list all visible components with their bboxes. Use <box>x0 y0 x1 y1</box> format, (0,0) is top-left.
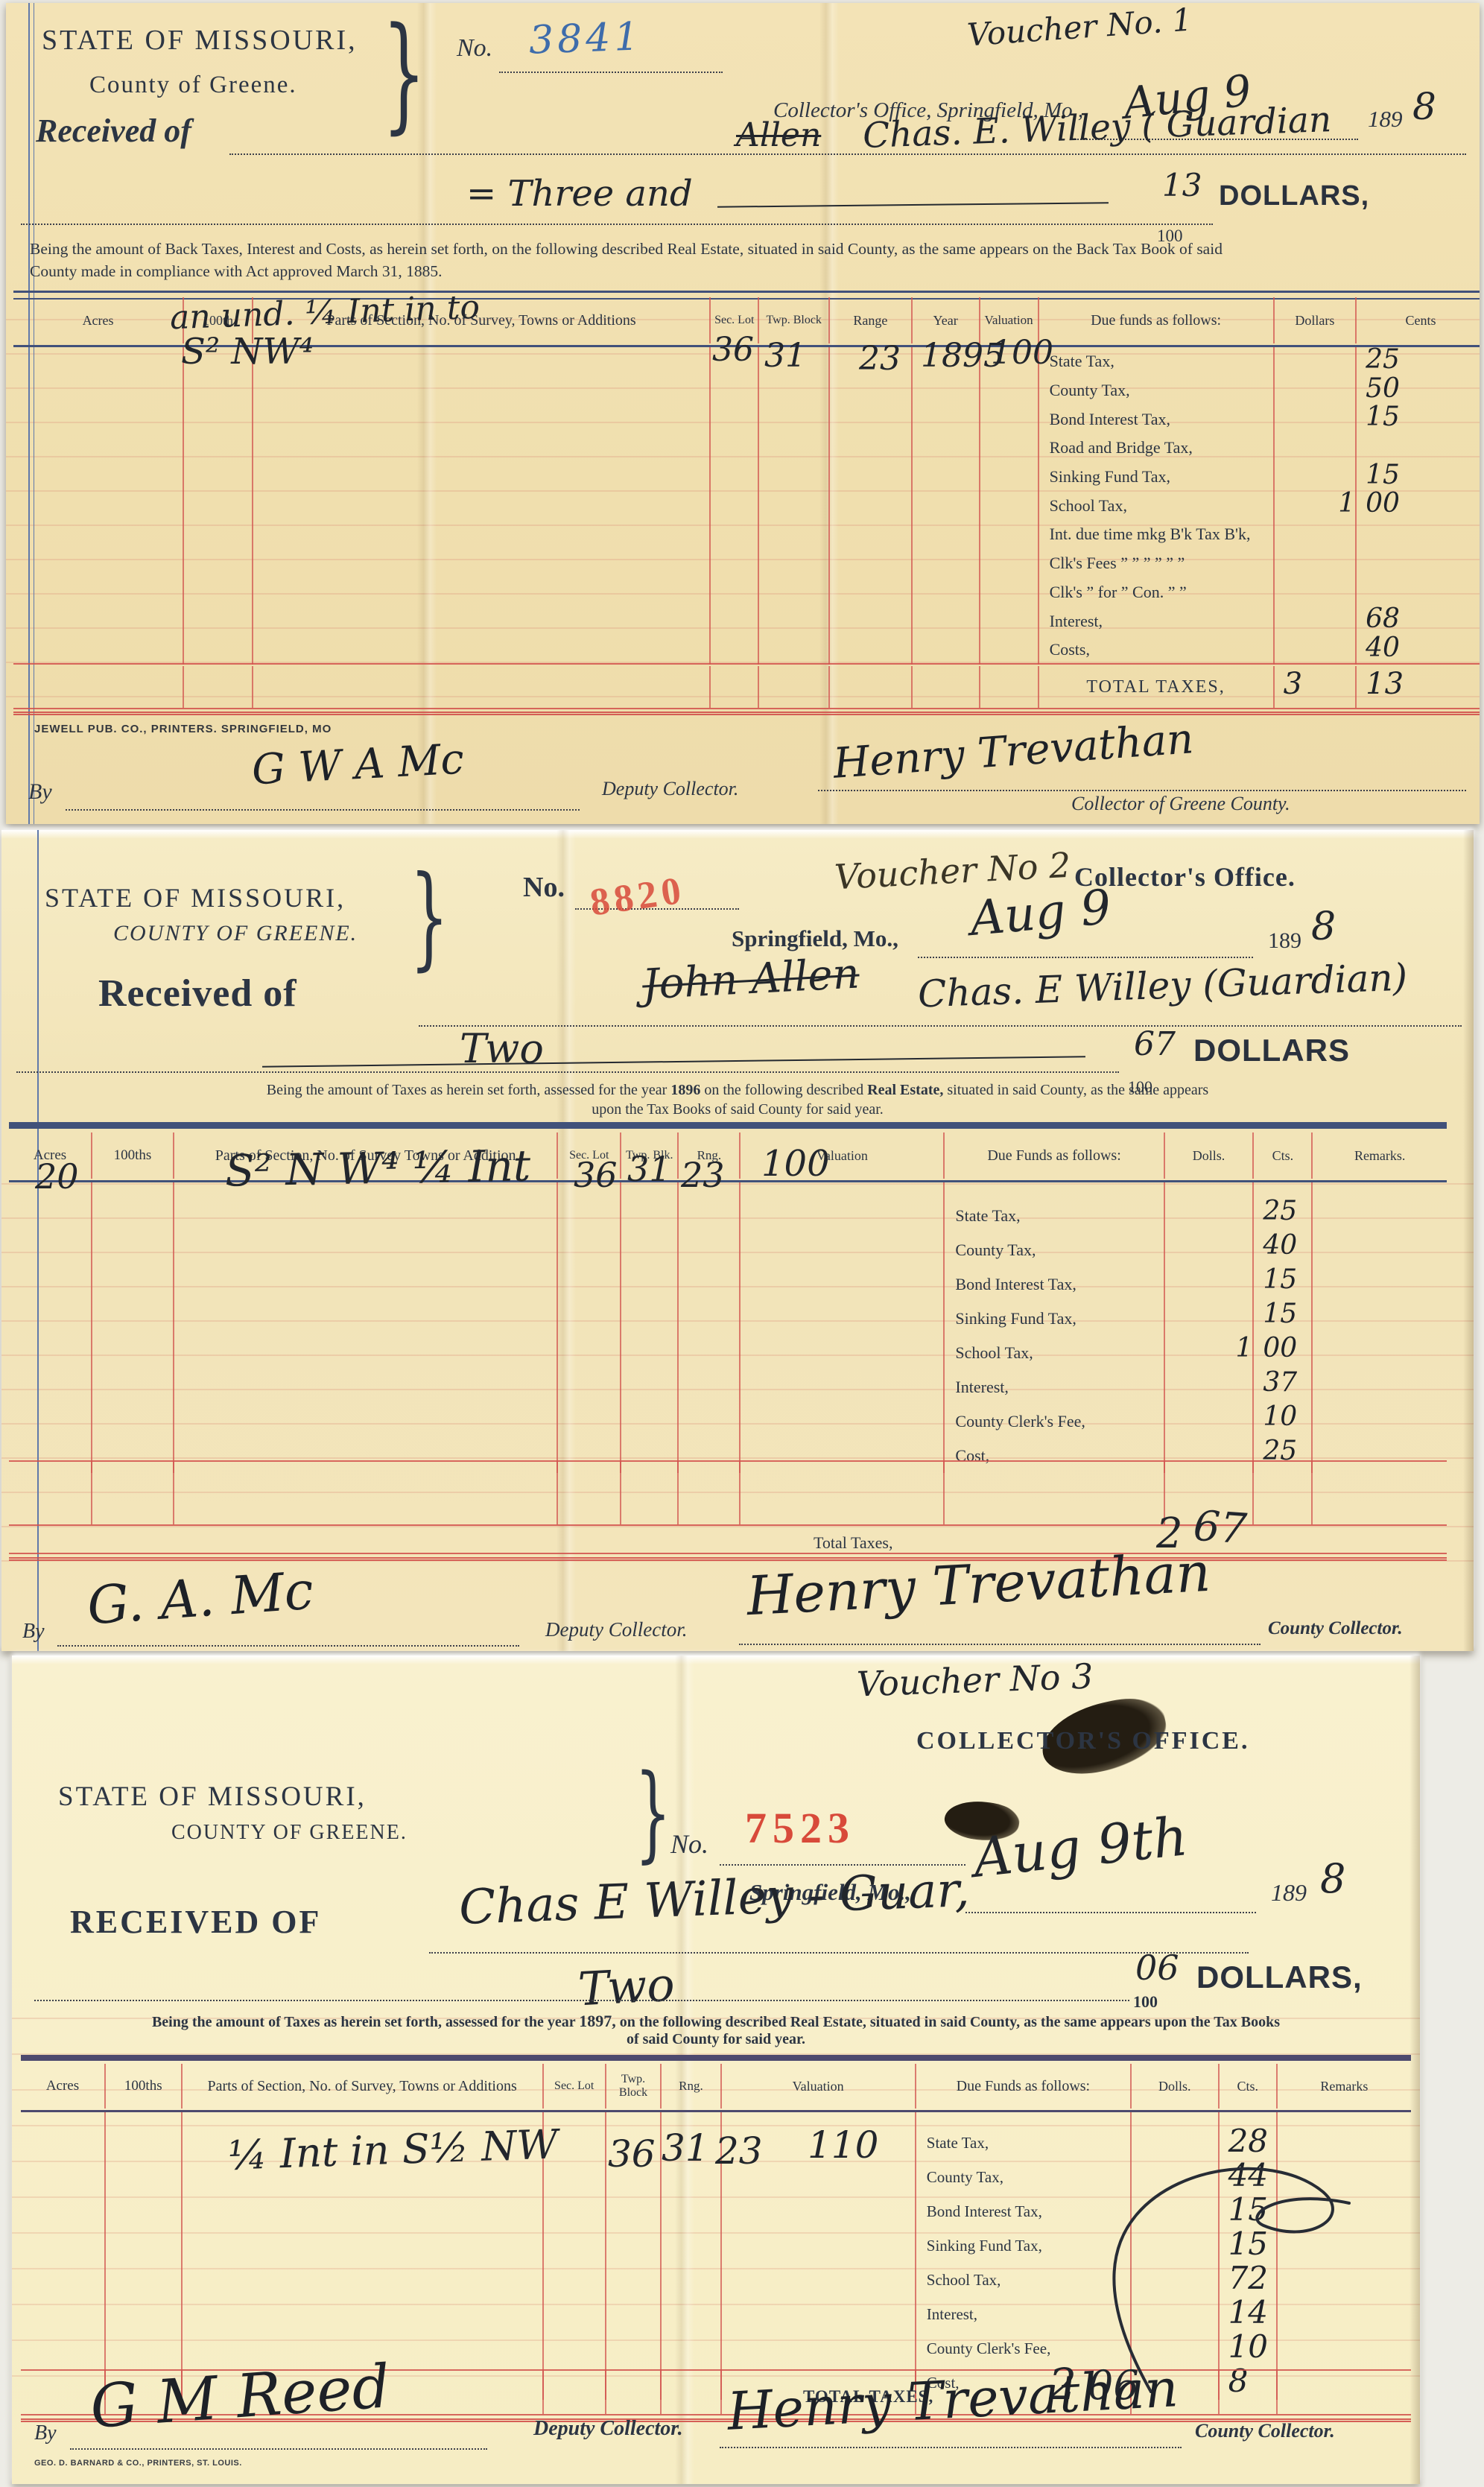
col-rng: Rng. <box>660 2064 720 2109</box>
parts-handwritten: S² N W⁴ ¼ Int <box>224 1140 530 1196</box>
county-heading: County of Greene. <box>89 72 297 99</box>
county-heading: COUNTY OF GREENE. <box>171 1821 408 1845</box>
amount-words-handwritten: Two <box>460 1025 544 1072</box>
description-line-1: Being the amount of Back Taxes, Interest… <box>30 240 1468 259</box>
col-cents: Cents <box>1355 297 1480 343</box>
no-dotted-line <box>499 72 723 73</box>
tax-receipt-voucher-1: STATE OF MISSOURI, County of Greene. } N… <box>6 3 1480 824</box>
dollars-label: DOLLARS <box>1193 1033 1350 1068</box>
state-heading: STATE OF MISSOURI, <box>45 882 346 913</box>
year-handwritten: 8 <box>1320 1855 1345 1902</box>
dollars-values: 1 <box>1164 1182 1253 1473</box>
table-body: State Tax, County Tax, Bond Interest Tax… <box>9 1182 1447 1460</box>
col-dolls: Dolls. <box>1130 2064 1218 2109</box>
col-acres: Acres <box>13 297 183 343</box>
col-parts: Parts of Section, No. of Survey, Towns o… <box>181 2064 542 2109</box>
col-cts: Cts. <box>1218 2064 1276 2109</box>
received-of-label: RECEIVED OF <box>70 1903 321 1941</box>
collector-signature: Henry Trevathan <box>831 715 1195 788</box>
range-handwritten: 23 <box>859 340 901 378</box>
valuation-handwritten: 100 <box>761 1143 830 1185</box>
description-line-2: of said County for said year. <box>12 2031 1420 2048</box>
cents-values: 25 40 15 15 00 37 10 25 <box>1252 1182 1311 1473</box>
paper-fold-highlight <box>12 1656 1420 1664</box>
total-dollars: 3 <box>1275 667 1302 701</box>
state-heading: STATE OF MISSOURI, <box>58 1781 367 1813</box>
state-heading: STATE OF MISSOURI, <box>42 24 358 57</box>
payer-name-struck: Allen <box>736 116 821 154</box>
col-remarks: Remarks <box>1276 2064 1411 2109</box>
parts-handwritten-2: S² NW⁴ <box>181 331 314 373</box>
payer-name-handwritten: Chas. E Willey (Guardian) <box>917 956 1408 1016</box>
deputy-signature: G W A Mc <box>250 735 465 795</box>
table-top-rule <box>9 1122 1447 1129</box>
dollars-values: 1 <box>1273 347 1356 665</box>
paper-edge-shadow <box>1410 1656 1420 2484</box>
date-handwritten: Aug 9 <box>968 880 1113 947</box>
col-cts: Cts. <box>1252 1132 1311 1179</box>
received-of-label: Received of <box>36 112 191 150</box>
valuation-handwritten: 100 <box>991 334 1053 372</box>
year-printed: 189 <box>1368 106 1403 133</box>
amount-dotted-line <box>21 224 1213 225</box>
dollars-label: DOLLARS, <box>1196 1959 1363 1995</box>
printer-credit: GEO. D. BARNARD & CO., PRINTERS, ST. LOU… <box>34 2459 242 2468</box>
deputy-collector-label: Deputy Collector. <box>545 1618 687 1641</box>
no-label: No. <box>523 871 565 904</box>
sec-handwritten: 36 <box>574 1155 618 1195</box>
payer-name-struck: John Allen <box>641 949 860 1009</box>
total-cents: 13 <box>1357 667 1404 701</box>
scanned-document: { "receipts": [ { "header": { "state": "… <box>0 0 1484 2487</box>
tax-receipt-voucher-2: Voucher No 2 Collector's Office. STATE O… <box>1 830 1474 1651</box>
amount-cents-handwritten: 13 <box>1162 167 1202 203</box>
amount-cents-handwritten: 67 <box>1134 1025 1176 1063</box>
acres-handwritten: 20 <box>35 1156 79 1197</box>
col-valuation: Valuation <box>720 2064 915 2109</box>
tax-receipt-voucher-3: Voucher No 3 COLLECTOR'S OFFICE. STATE O… <box>12 1656 1420 2484</box>
range-handwritten: 23 <box>681 1155 725 1195</box>
paper-fold-highlight <box>1 830 1474 839</box>
description-line-2: upon the Tax Books of said County for sa… <box>1 1101 1474 1118</box>
description-line-1: Being the amount of Taxes as herein set … <box>1 1082 1474 1099</box>
col-remarks: Remarks. <box>1311 1132 1446 1179</box>
year-printed: 189 <box>1271 1879 1307 1907</box>
twp-handwritten: 31 <box>662 2126 709 2170</box>
collector-label: Collector of Greene County. <box>1071 793 1290 815</box>
description-line-1: Being the amount of Taxes as herein set … <box>12 2012 1420 2031</box>
table-top-rule <box>21 2055 1411 2061</box>
collector-label: County Collector. <box>1268 1618 1403 1639</box>
by-label: By <box>22 1620 45 1644</box>
no-label: No. <box>457 34 492 63</box>
total-label: TOTAL TAXES, <box>1038 666 1273 708</box>
brace-glyph: } <box>410 852 448 982</box>
sec-handwritten: 36 <box>712 331 754 369</box>
by-label: By <box>34 2421 57 2445</box>
col-due-funds: Due Funds as follows: <box>943 1132 1163 1179</box>
pen-flourish <box>891 2147 1368 2393</box>
total-row: TOTAL TAXES, 3 13 <box>13 666 1480 708</box>
col-dollars: Dollars <box>1273 297 1356 343</box>
col-100ths: 100ths <box>91 1132 173 1179</box>
due-funds-list: State Tax, County Tax, Bond Interest Tax… <box>943 1182 1163 1473</box>
description-line-2: County made in compliance with Act appro… <box>30 262 1468 281</box>
amount-words-handwritten: Two <box>577 1957 676 2017</box>
amount-words-handwritten: = Three and <box>466 173 693 215</box>
voucher-note-handwritten: Voucher No. 1 <box>966 3 1193 53</box>
paper-edge-shadow <box>1463 830 1474 1651</box>
payer-name-handwritten: Chas E Willey - Guar, <box>458 1863 971 1936</box>
col-due-funds: Due Funds as follows: <box>915 2064 1130 2109</box>
col-100ths: 100ths <box>104 2064 181 2109</box>
city-line: Springfield, Mo., <box>732 925 898 952</box>
col-dolls: Dolls. <box>1164 1132 1253 1179</box>
voucher-note-handwritten: Voucher No 3 <box>856 1656 1094 1704</box>
col-range: Range <box>828 297 911 343</box>
received-of-label: Received of <box>98 972 297 1016</box>
valuation-handwritten: 110 <box>808 2123 878 2167</box>
collector-label: County Collector. <box>1195 2420 1335 2442</box>
receipt-number-stamp: 7523 <box>745 1803 855 1853</box>
receipt-number-handwritten: 3841 <box>528 14 643 63</box>
total-label: Total Taxes, <box>814 1533 893 1553</box>
deputy-signature: G. A. Mc <box>86 1560 316 1637</box>
table-body: State Tax, County Tax, Bond Interest Tax… <box>13 347 1480 665</box>
due-funds-list: State Tax, County Tax, Bond Interest Tax… <box>1038 347 1273 665</box>
receipt-number-stamp: 8820 <box>588 868 688 925</box>
amount-cents-handwritten: 06 <box>1135 1948 1179 1988</box>
payer-dotted-line <box>229 153 1466 155</box>
year-printed: 189 <box>1268 928 1301 954</box>
office-heading: COLLECTOR'S OFFICE. <box>916 1727 1249 1755</box>
no-label: No. <box>670 1828 708 1860</box>
twp-handwritten: 31 <box>627 1149 671 1189</box>
col-twp-block: Twp. Block <box>605 2064 661 2109</box>
by-label: By <box>28 779 52 805</box>
brace-glyph: } <box>382 3 426 146</box>
amount-stroke <box>262 1056 1085 1067</box>
range-handwritten: 23 <box>715 2129 763 2173</box>
table-header-row: Acres 100ths Parts of Section, No. of Su… <box>21 2064 1411 2109</box>
twp-handwritten: 31 <box>764 337 806 375</box>
printer-credit: JEWELL PUB. CO., PRINTERS. SPRINGFIELD, … <box>34 723 332 735</box>
brace-glyph: } <box>635 1752 671 1874</box>
year-handwritten: 8 <box>1412 85 1436 128</box>
cents-values: 25 50 15 15 00 68 40 <box>1355 347 1480 665</box>
deputy-collector-label: Deputy Collector. <box>533 2417 683 2441</box>
county-heading: COUNTY OF GREENE. <box>113 921 358 946</box>
cents-denominator: 100 <box>1133 1992 1158 2012</box>
sec-handwritten: 36 <box>608 2132 656 2176</box>
year-handwritten: 8 <box>1311 904 1336 949</box>
dollars-label: DOLLARS, <box>1219 180 1369 212</box>
col-acres: Acres <box>21 2064 104 2109</box>
amount-stroke <box>717 202 1109 207</box>
deputy-collector-label: Deputy Collector. <box>602 778 738 800</box>
col-sec-lot: Sec. Lot <box>542 2064 605 2109</box>
col-due-funds: Due funds as follows: <box>1038 297 1273 343</box>
